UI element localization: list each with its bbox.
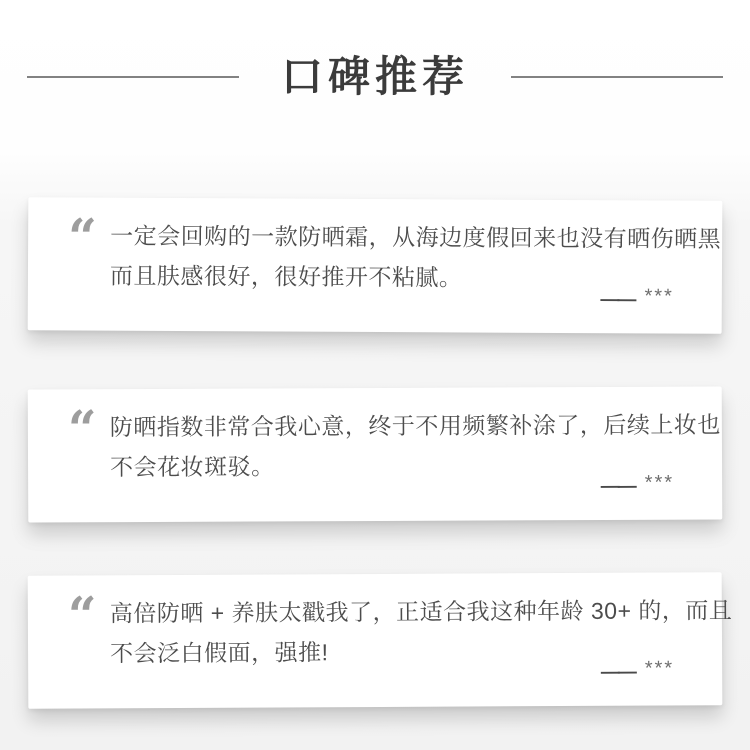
attribution-dash: ——: [601, 662, 635, 683]
title-divider-left: [27, 76, 239, 78]
attribution-dash: ——: [600, 289, 634, 310]
review-attribution: ——***: [600, 285, 673, 311]
section-header: 口碑推荐: [0, 48, 750, 106]
quote-icon: “: [68, 407, 102, 451]
masked-reviewer-name: ***: [645, 472, 674, 494]
review-card: “ 高倍防晒 + 养肤太戳我了，正适合我这种年龄 30+ 的，而且 不会泛白假面…: [28, 572, 723, 709]
product-reviews-section: 口碑推荐 “ 一定会回购的一款防晒霜，从海边度假回来也没有晒伤晒黑 而且肤感很好…: [0, 0, 750, 750]
title-divider-right: [511, 76, 723, 78]
attribution-dash: ——: [601, 476, 635, 497]
review-card: “ 防晒指数非常合我心意，终于不用频繁补涂了，后续上妆也 不会花妆斑驳。 ——*…: [28, 386, 723, 522]
review-attribution: ——***: [601, 657, 674, 683]
masked-reviewer-name: ***: [645, 657, 674, 679]
review-attribution: ——***: [601, 472, 674, 498]
page-title: 口碑推荐: [281, 48, 469, 106]
quote-icon: “: [68, 593, 102, 637]
review-card: “ 一定会回购的一款防晒霜，从海边度假回来也没有晒伤晒黑 而且肤感很好，很好推开…: [28, 197, 723, 334]
review-line-1: 防晒指数非常合我心意，终于不用频繁补涂了，后续上妆也: [110, 404, 721, 447]
review-line-1: 一定会回购的一款防晒霜，从海边度假回来也没有晒伤晒黑: [110, 216, 721, 259]
review-line-1: 高倍防晒 + 养肤太戳我了，正适合我这种年龄 30+ 的，而且: [110, 590, 733, 633]
quote-icon: “: [68, 215, 102, 259]
masked-reviewer-name: ***: [644, 285, 673, 307]
